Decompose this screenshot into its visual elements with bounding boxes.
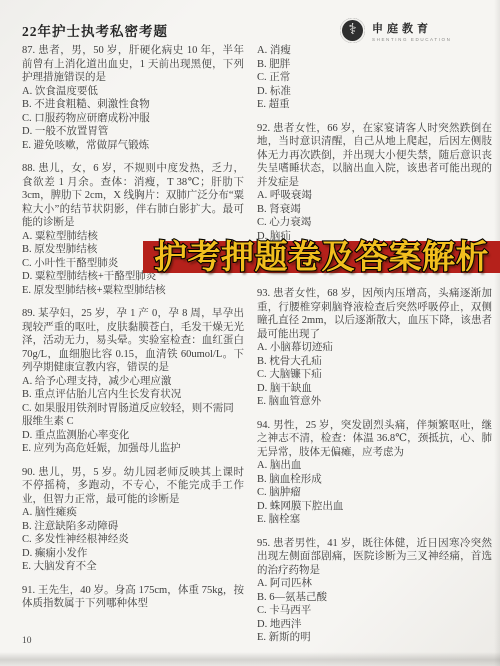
option-line: B. 枕骨大孔疝	[257, 355, 492, 369]
option-line: D. 重点监测胎心率变化	[22, 429, 244, 443]
option-line: E. 脑血管意外	[257, 395, 492, 409]
option-line: A. 给予心理支持，减少心理应激	[22, 375, 244, 389]
question-stem: 88. 患儿，女，6 岁，不规则中度发热，乏力，食欲差 1 月余。查体：消瘦，T…	[22, 162, 244, 230]
page-header: 22年护士执考私密考题 ⚕ 申庭教育 SHENTING EDUCATION	[0, 0, 500, 40]
option-line: B. 重点评估胎儿宫内生长发育状况	[22, 388, 244, 402]
question-87: 87. 患者，男，50 岁，肝硬化病史 10 年，半年前曾有上消化道出血史，1 …	[22, 44, 244, 152]
option-line: B. 6—氨基己酸	[257, 591, 492, 605]
option-line: A. 小脑幕切迹疝	[257, 341, 492, 355]
column-left: 87. 患者，男，50 岁，肝硬化病史 10 年，半年前曾有上消化道出血史，1 …	[22, 44, 244, 655]
question-93: 93. 患者女性，68 岁，因颅内压增高，头痛逐渐加重，行腰椎穿刺脑脊液检查后突…	[257, 287, 492, 409]
option-line: C. 多发性神经根神经炎	[22, 533, 244, 547]
option-line: B. 肥胖	[257, 58, 492, 72]
option-line: D. 一般不放置胃管	[22, 125, 244, 139]
question-94: 94. 男性，25 岁，突发剧烈头痛，伴频繁呕吐，继之神志不清，检查：体温 36…	[257, 419, 492, 527]
question-options-continuation: A. 消瘦B. 肥胖C. 正常D. 标准E. 超重	[257, 44, 492, 112]
option-line: E. 原发型肺结核+粟粒型肺结核	[22, 284, 244, 298]
option-line: A. 饮食温度要低	[22, 85, 244, 99]
page-number: 10	[22, 636, 32, 646]
column-right-bottom: 93. 患者女性，68 岁，因颅内压增高，头痛逐渐加重，行腰椎穿刺脑脊液检查后突…	[257, 287, 492, 645]
option-line: C. 心力衰竭	[257, 216, 492, 230]
question-88: 88. 患儿，女，6 岁，不规则中度发热，乏力，食欲差 1 月余。查体：消瘦，T…	[22, 162, 244, 297]
option-line: C. 卡马西平	[257, 604, 492, 618]
question-95: 95. 患者男性，41 岁，既往体健，近日因寒冷突然出现左侧面部剧痛，医院诊断为…	[257, 537, 492, 645]
brand-logo: ⚕ 申庭教育 SHENTING EDUCATION	[340, 18, 451, 43]
option-line: B. 脑血栓形成	[257, 473, 492, 487]
logo-name: 申庭教育	[372, 20, 451, 36]
caduceus-icon: ⚕	[340, 18, 365, 43]
option-line: C. 正常	[257, 71, 492, 85]
option-line: C. 如果服用铁剂时胃肠道反应较轻，则不需同服维生素 C	[22, 402, 244, 429]
question-92: 92. 患者女性，66 岁，在家宴请客人时突然跌倒在地，当时意识清醒，自己从地上…	[257, 122, 492, 244]
option-line: E. 脑栓塞	[257, 513, 492, 527]
option-line: D. 地西泮	[257, 618, 492, 632]
option-line: E. 超重	[257, 98, 492, 112]
option-line: C. 口服药物应研磨成粉冲服	[22, 112, 244, 126]
promo-banner: 护考押题卷及答案解析	[143, 241, 500, 273]
question-stem: 94. 男性，25 岁，突发剧烈头痛，伴频繁呕吐，继之神志不清，检查：体温 36…	[257, 419, 492, 460]
option-line: A. 阿司匹林	[257, 577, 492, 591]
question-91: 91. 王先生，40 岁。身高 175cm，体重 75kg，按体质指数属于下列哪…	[22, 584, 244, 611]
column-right-top: A. 消瘦B. 肥胖C. 正常D. 标准E. 超重92. 患者女性，66 岁，在…	[257, 44, 492, 243]
question-90: 90. 患儿，男，5 岁。幼儿园老师反映其上课时不停摇椅，多跑动，不专心，不能完…	[22, 466, 244, 574]
question-89: 89. 某孕妇，25 岁，孕 1 产 0，孕 8 周，早孕出现较严重的呕吐，皮肤…	[22, 307, 244, 456]
promo-banner-text: 护考押题卷及答案解析	[154, 241, 489, 273]
exam-page: 22年护士执考私密考题 ⚕ 申庭教育 SHENTING EDUCATION 87…	[0, 0, 500, 666]
question-stem: 90. 患儿，男，5 岁。幼儿园老师反映其上课时不停摇椅，多跑动，不专心，不能完…	[22, 466, 244, 507]
option-line: E. 应列为高危妊娠，加强母儿监护	[22, 442, 244, 456]
question-stem: 93. 患者女性，68 岁，因颅内压增高，头痛逐渐加重，行腰椎穿刺脑脊液检查后突…	[257, 287, 492, 341]
option-line: C. 脑肿瘤	[257, 486, 492, 500]
option-line: E. 大脑发育不全	[22, 560, 244, 574]
question-stem: 91. 王先生，40 岁。身高 175cm，体重 75kg，按体质指数属于下列哪…	[22, 584, 244, 611]
option-line: E. 避免咳嗽，常做屏气锻炼	[22, 139, 244, 153]
question-stem: 87. 患者，男，50 岁，肝硬化病史 10 年，半年前曾有上消化道出血史，1 …	[22, 44, 244, 85]
option-line: B. 注意缺陷多动障碍	[22, 520, 244, 534]
logo-text-block: 申庭教育 SHENTING EDUCATION	[372, 20, 451, 42]
option-line: A. 脑性瘫痪	[22, 506, 244, 520]
option-line: B. 不进食粗糙、刺激性食物	[22, 98, 244, 112]
question-stem: 92. 患者女性，66 岁，在家宴请客人时突然跌倒在地，当时意识清醒，自己从地上…	[257, 122, 492, 190]
questions-content: 87. 患者，男，50 岁，肝硬化病史 10 年，半年前曾有上消化道出血史，1 …	[0, 40, 500, 655]
option-line: D. 癫痫小发作	[22, 547, 244, 561]
option-line: E. 新斯的明	[257, 631, 492, 645]
option-line: A. 消瘦	[257, 44, 492, 58]
question-stem: 89. 某孕妇，25 岁，孕 1 产 0，孕 8 周，早孕出现较严重的呕吐，皮肤…	[22, 307, 244, 375]
logo-subtitle: SHENTING EDUCATION	[372, 37, 451, 42]
question-stem: 95. 患者男性，41 岁，既往体健，近日因寒冷突然出现左侧面部剧痛，医院诊断为…	[257, 537, 492, 578]
option-line: A. 脑出血	[257, 459, 492, 473]
option-line: C. 大脑镰下疝	[257, 368, 492, 382]
column-right: A. 消瘦B. 肥胖C. 正常D. 标准E. 超重92. 患者女性，66 岁，在…	[257, 44, 492, 655]
option-line: D. 蛛网膜下腔出血	[257, 500, 492, 514]
option-line: D. 脑干缺血	[257, 382, 492, 396]
option-line: A. 呼吸衰竭	[257, 189, 492, 203]
option-line: D. 标准	[257, 85, 492, 99]
option-line: B. 肾衰竭	[257, 203, 492, 217]
